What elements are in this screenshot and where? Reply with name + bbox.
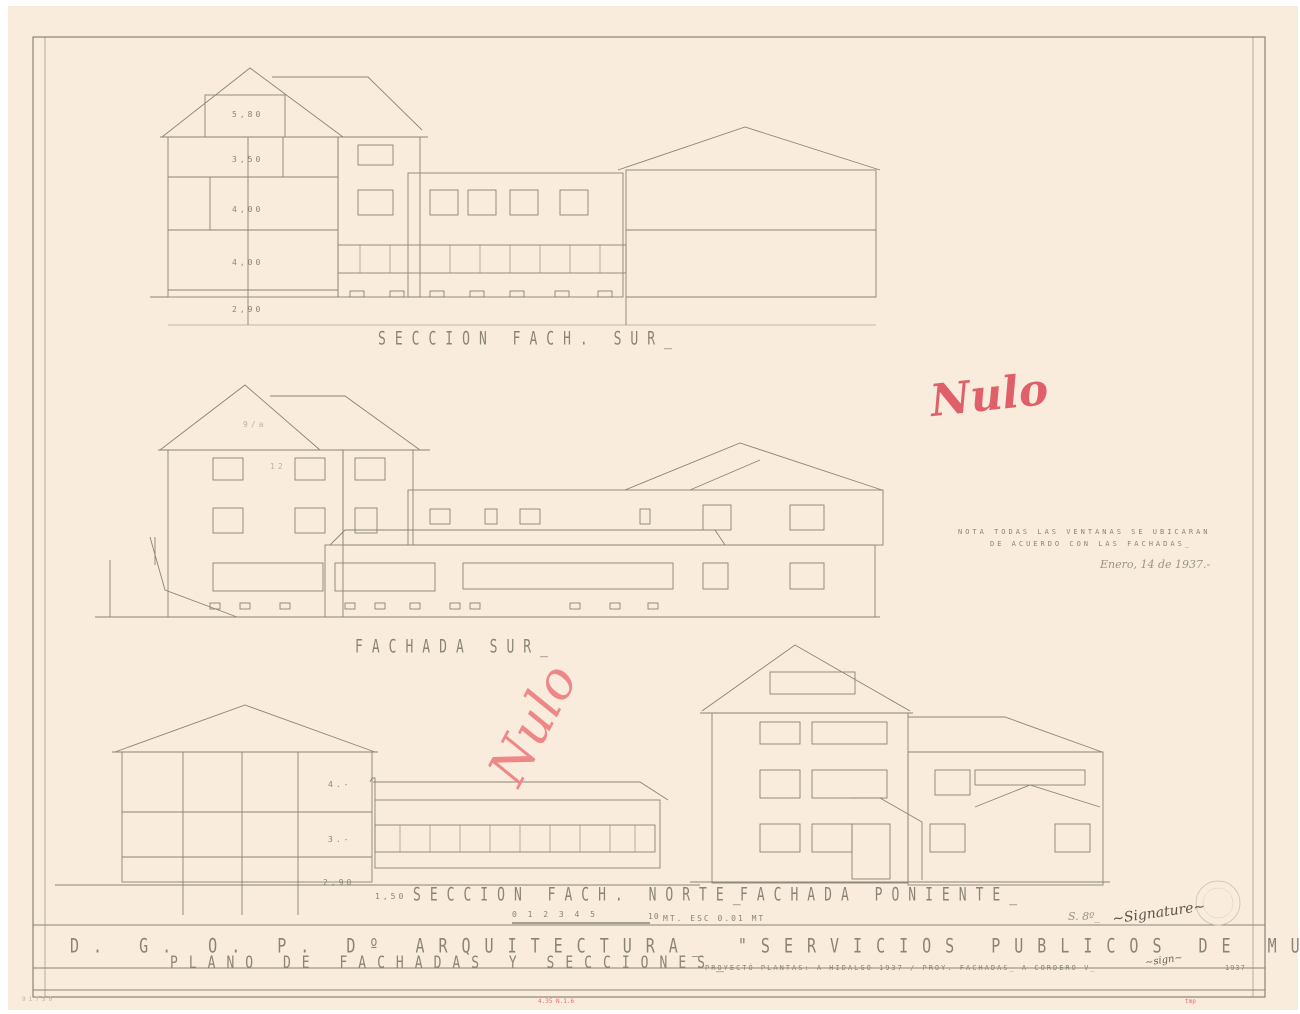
title-block-year: 1937 bbox=[1225, 964, 1246, 972]
dim-label: 2,90 bbox=[232, 305, 263, 314]
label-facade-south: FACHADA SUR_ bbox=[355, 637, 557, 658]
dim-label: 5,80 bbox=[232, 110, 263, 119]
scale-bar-ticks: 0 1 2 3 4 5 bbox=[512, 910, 598, 919]
dim-label: 2,90 bbox=[323, 878, 354, 887]
section-north-drawing bbox=[55, 705, 700, 915]
red-corner-mark: tmp bbox=[1185, 998, 1196, 1005]
archive-number: 91750 bbox=[22, 996, 55, 1003]
sheet-reference: S. 8º_ bbox=[1068, 910, 1100, 923]
red-catalog-mark: 4.35 N.1.6 bbox=[538, 998, 574, 1005]
facade-south-drawing bbox=[95, 385, 883, 617]
dim-label: 4,00 bbox=[232, 258, 263, 267]
mark-label: 12 bbox=[270, 462, 286, 471]
dim-label: 1,50 bbox=[375, 892, 406, 901]
scale-bar-end: 10 bbox=[648, 912, 660, 921]
mark-label: 9/a bbox=[243, 420, 266, 429]
dim-label: 3,50 bbox=[232, 155, 263, 164]
dim-label: 4,00 bbox=[232, 205, 263, 214]
label-section-north: SECCION FACH. NORTE_ bbox=[413, 885, 750, 906]
label-facade-west: FACHADA PONIENTE_ bbox=[740, 885, 1026, 906]
dim-label: 4.- bbox=[328, 780, 351, 789]
title-block-credits: PROYECTÓ PLANTAS: A HIDALGO 1937 / PROY.… bbox=[705, 964, 1097, 972]
label-section-south: SECCION FACH. SUR_ bbox=[378, 329, 681, 350]
note-line-2: DE ACUERDO CON LAS FACHADAS_ bbox=[990, 540, 1192, 548]
title-block-line-2: PLANO DE FACHADAS Y SECCIONES_ bbox=[170, 954, 735, 974]
architectural-drawing bbox=[0, 0, 1300, 1014]
note-date: Enero, 14 de 1937.- bbox=[1100, 558, 1210, 571]
scale-bar-label: MT. ESC 0.01 MT bbox=[663, 914, 765, 923]
facade-west-drawing bbox=[690, 645, 1110, 885]
dim-label: 3.- bbox=[328, 835, 351, 844]
note-line-1: NOTA TODAS LAS VENTANAS SE UBICARAN bbox=[958, 528, 1211, 536]
section-south-drawing bbox=[150, 68, 880, 325]
